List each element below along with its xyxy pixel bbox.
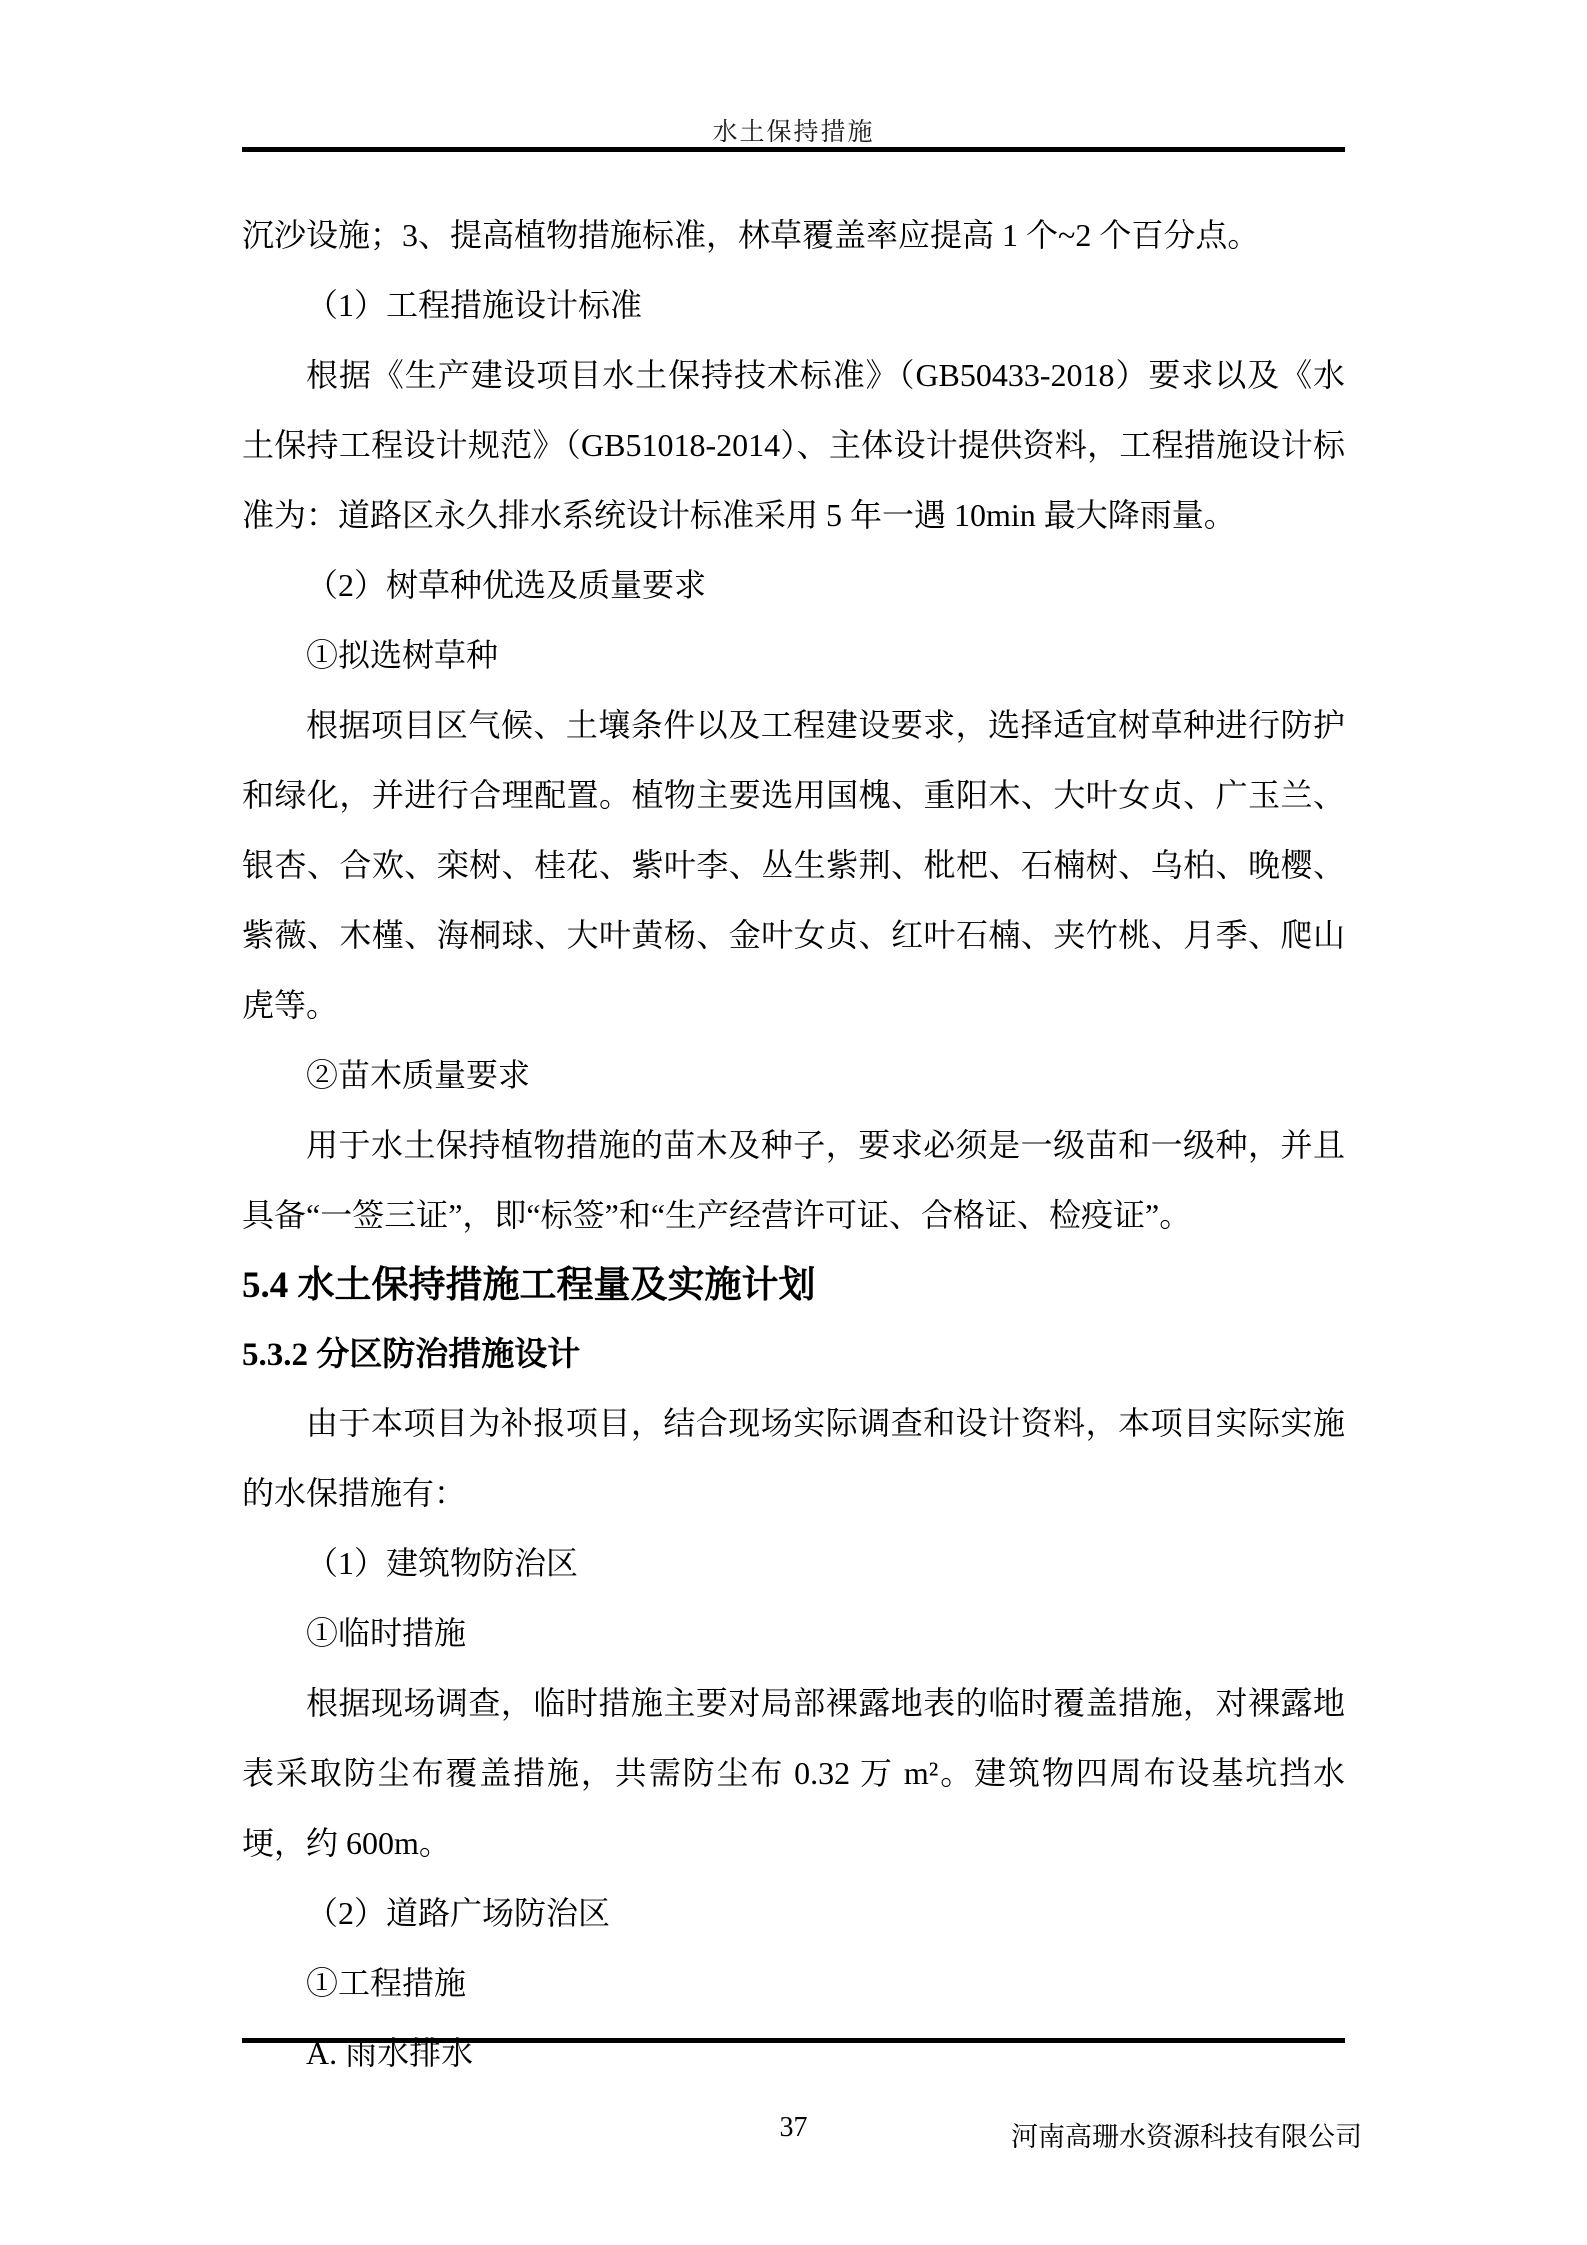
paragraph: 由于本项目为补报项目，结合现场实际调查和设计资料，本项目实际实施的水保措施有：	[242, 1388, 1345, 1528]
page-header-title: 水土保持措施	[242, 112, 1345, 148]
paragraph: ①拟选树草种	[242, 620, 1345, 690]
footer-divider-rule	[242, 2038, 1345, 2043]
paragraph: 用于水土保持植物措施的苗木及种子，要求必须是一级苗和一级种，并且具备“一签三证”…	[242, 1110, 1345, 1250]
paragraph: A. 雨水排水	[242, 2018, 1345, 2088]
paragraph: （2）道路广场防治区	[242, 1878, 1345, 1948]
paragraph: 根据《生产建设项目水土保持技术标准》（GB50433-2018）要求以及《水土保…	[242, 340, 1345, 550]
paragraph: ①临时措施	[242, 1598, 1345, 1668]
paragraph: （1）建筑物防治区	[242, 1528, 1345, 1598]
paragraph: 根据现场调查，临时措施主要对局部裸露地表的临时覆盖措施，对裸露地表采取防尘布覆盖…	[242, 1668, 1345, 1878]
paragraph: 根据项目区气候、土壤条件以及工程建设要求，选择适宜树草种进行防护和绿化，并进行合…	[242, 690, 1345, 1040]
section-heading: 5.4 水土保持措施工程量及实施计划	[242, 1250, 1345, 1322]
paragraph: 沉沙设施；3、提高植物措施标准，林草覆盖率应提高 1 个~2 个百分点。	[242, 200, 1345, 270]
footer-company-name: 河南高珊水资源科技有限公司	[242, 2115, 1362, 2154]
paragraph: ①工程措施	[242, 1948, 1345, 2018]
paragraph: ②苗木质量要求	[242, 1040, 1345, 1110]
document-page: 水土保持措施 沉沙设施；3、提高植物措施标准，林草覆盖率应提高 1 个~2 个百…	[0, 0, 1587, 2245]
header-divider-rule	[242, 147, 1345, 152]
paragraph: （2）树草种优选及质量要求	[242, 550, 1345, 620]
subsection-heading: 5.3.2 分区防治措施设计	[242, 1322, 1345, 1388]
paragraph: （1）工程措施设计标准	[242, 270, 1345, 340]
document-body: 沉沙设施；3、提高植物措施标准，林草覆盖率应提高 1 个~2 个百分点。 （1）…	[242, 200, 1345, 2088]
